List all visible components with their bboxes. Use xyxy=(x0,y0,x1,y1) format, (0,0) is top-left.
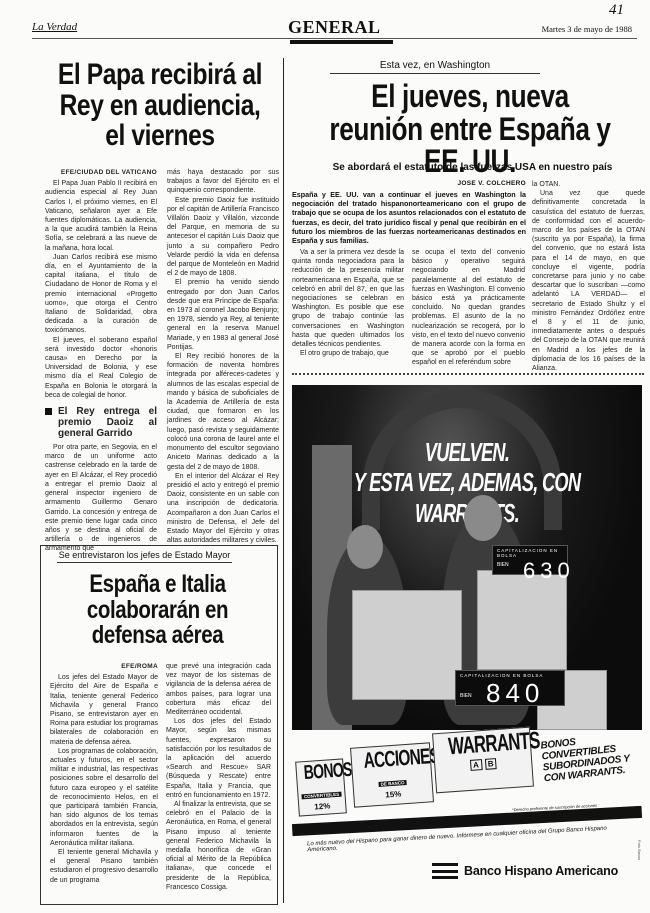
paragraph: Juan Carlos recibirá ese mismo día, en e… xyxy=(45,253,157,336)
paragraph: Por otra parte, en Segovia, en el marco … xyxy=(45,443,157,553)
paragraph: más haya destacado por sus trabajos a fa… xyxy=(167,168,279,196)
section-title: GENERAL xyxy=(288,17,381,38)
paragraph: Va a ser la primera vez desde la quinta … xyxy=(292,248,404,349)
kicker-eeuu: Esta vez, en Washington xyxy=(330,60,540,74)
headline-italia: España e Italia colaborarán en defensa a… xyxy=(61,572,254,649)
card-title: ACCIONES xyxy=(363,744,419,774)
bank-name: Banco Hispano Americano xyxy=(464,864,618,878)
eeuu-column-3: la OTAN. Una vez que quede definitivamen… xyxy=(532,180,645,373)
issue-date: Martes 3 de mayo de 1988 xyxy=(542,24,632,34)
paragraph: El Rey recibió honores de la formación d… xyxy=(167,352,279,472)
paragraph: El otro grupo de trabajo, que xyxy=(292,349,404,358)
byline: EFE/CIUDAD DEL VATICANO xyxy=(45,168,157,177)
eeuu-lead-block: JOSE V. COLCHERO España y EE. UU. van a … xyxy=(292,180,526,245)
sign-label: CAPITALIZACION EN BOLSA xyxy=(493,546,567,558)
ad-headline-1: VUELVEN. xyxy=(345,437,590,468)
paragraph: Los jefes del Estado Mayor de Ejército d… xyxy=(50,673,158,747)
advertisement-banco-hispano: VUELVEN. Y ESTA VEZ, ADEMAS, CON WARRANT… xyxy=(292,385,644,905)
dotted-separator xyxy=(292,373,644,375)
photo-bag xyxy=(352,590,462,700)
eeuu-column-2: se ocupa el texto del convenio básico y … xyxy=(412,248,525,368)
papa-column-1: EFE/CIUDAD DEL VATICANO El Papa Juan Pab… xyxy=(45,168,157,554)
page-number: 41 xyxy=(609,2,624,19)
italia-column-1: EFE/ROMA Los jefes del Estado Mayor de E… xyxy=(50,662,158,885)
paragraph: Los programas de colaboración, actuales … xyxy=(50,747,158,848)
paragraph: Una vez que quede definitivamente concre… xyxy=(532,189,645,373)
photo-credit: Foto Basso xyxy=(637,840,642,860)
papa-column-2: más haya destacado por sus trabajos a fa… xyxy=(167,168,279,545)
byline: EFE/ROMA xyxy=(50,662,158,671)
card-title: BONOS xyxy=(303,760,337,785)
lead-paragraph: España y EE. UU. van a continuar el juev… xyxy=(292,190,526,245)
paragraph: En el interior del Alcázar el Rey presid… xyxy=(167,472,279,546)
paragraph: El Papa Juan Pablo II recibirá en audien… xyxy=(45,179,157,253)
photo-face xyxy=(347,525,383,569)
paragraph: la OTAN. xyxy=(532,180,645,189)
headline-papa: El Papa recibirá al Rey en audiencia, el… xyxy=(53,60,266,152)
section-bar xyxy=(290,40,393,44)
bullet-square-icon xyxy=(45,408,52,415)
subheadline-eeuu: Se abordará el estatuto de las fuerzas U… xyxy=(300,162,645,173)
card-rate: 15% xyxy=(354,787,432,801)
bank-logo-icon xyxy=(432,863,458,879)
kicker-italia: Se entrevistaron los jefes de Estado May… xyxy=(57,550,232,563)
ad-photo: VUELVEN. Y ESTA VEZ, ADEMAS, CON WARRANT… xyxy=(292,385,642,730)
sign-prefix: BIEN xyxy=(497,562,509,568)
capitalization-sign-630: CAPITALIZACION EN BOLSA BIEN 630 xyxy=(492,545,568,575)
card-acciones: ACCIONES DE BANCO 15% xyxy=(350,742,434,807)
paragraph: que prevé una integración cada vez mayor… xyxy=(166,662,271,717)
card-rate: 12% xyxy=(299,800,346,812)
paragraph: Al finalizar la entrevista, que se celeb… xyxy=(166,800,271,892)
card-title: WARRANTS xyxy=(447,729,516,762)
bank-logo-block: Banco Hispano Americano xyxy=(432,863,618,879)
capitalization-sign-840: CAPITALIZACION EN BOLSA BIEN 840 xyxy=(455,670,565,706)
header-rule xyxy=(32,38,637,39)
subhead: El Rey entrega el premio Daoiz al genera… xyxy=(45,406,157,439)
italia-column-2: que prevé una integración cada vez mayor… xyxy=(166,662,271,892)
eeuu-column-1: Va a ser la primera vez desde la quinta … xyxy=(292,248,404,358)
card-subtitle: CONVERTIBLES xyxy=(302,792,342,800)
paragraph: El teniente general Michavila y el gener… xyxy=(50,848,158,885)
photo-bag xyxy=(477,570,567,670)
masthead-logo: La Verdad xyxy=(32,21,77,33)
sign-value: 840 xyxy=(456,678,564,709)
warrant-b: B xyxy=(484,758,497,770)
sign-prefix: BIEN xyxy=(460,693,472,699)
card-bonos: BONOS CONVERTIBLES 12% xyxy=(295,758,347,816)
paragraph: El premio ha venido siendo entregado por… xyxy=(167,278,279,352)
card-warrants: WARRANTS A B xyxy=(432,727,534,794)
sign-label: CAPITALIZACION EN BOLSA xyxy=(456,671,564,678)
column-divider xyxy=(283,58,284,903)
byline: JOSE V. COLCHERO xyxy=(292,180,526,187)
paragraph: Los dos jefes del Estado Mayor, según la… xyxy=(166,717,271,800)
paragraph: se ocupa el texto del convenio básico y … xyxy=(412,248,525,368)
subhead-text: El Rey entrega el premio Daoiz al genera… xyxy=(58,406,157,439)
paragraph: Este premio Daoiz fue instituido por el … xyxy=(167,196,279,279)
warrant-a: A xyxy=(470,759,483,771)
ad-slogan: BONOS CONVERTIBLES SUBORDINADOS Y CON WA… xyxy=(540,730,649,785)
photo-face xyxy=(464,495,502,541)
paragraph: El jueves, el soberano español será inve… xyxy=(45,336,157,400)
card-subtitle: DE BANCO xyxy=(378,780,406,787)
